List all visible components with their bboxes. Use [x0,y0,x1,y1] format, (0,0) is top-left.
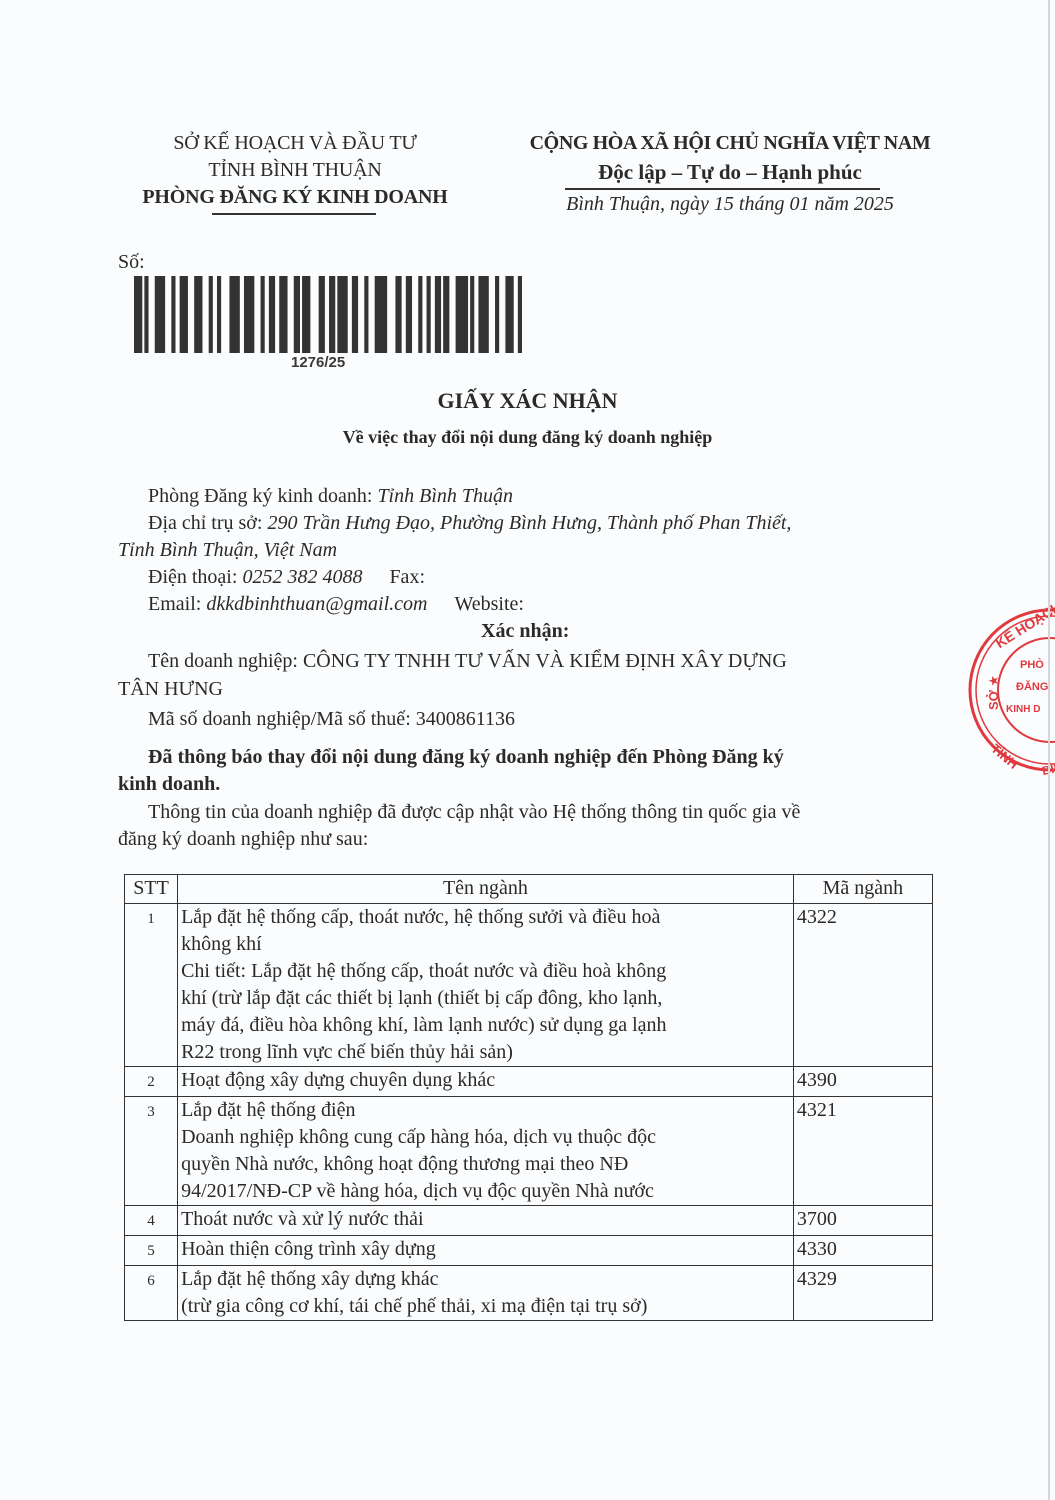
official-seal-icon: KẾ HOẠCH SỞ ★ TỈNH BÌN PHÒ ĐĂNG KINH D [958,602,1055,777]
enterprise-tax-label: Mã số doanh nghiệp/Mã số thuế: [148,708,411,730]
office-email-line: Email: dkkdbinhthuan@gmail.com Website: [148,591,524,618]
barcode-icon [134,276,522,353]
row-stt: 4 [125,1206,178,1236]
business-name-line: Lắp đặt hệ thống cấp, thoát nước, hệ thố… [181,904,790,931]
office-name-value: Tỉnh Bình Thuận [377,485,513,507]
office-name-line: Phòng Đăng ký kinh doanh: Tỉnh Bình Thuậ… [148,483,513,510]
office-phone-label: Điện thoại: [148,566,237,588]
business-name-line: Hoàn thiện công trình xây dựng [181,1236,790,1263]
row-stt: 6 [125,1266,178,1321]
office-email-value: dkkdbinhthuan@gmail.com [206,593,427,615]
issuing-authority-block: SỞ KẾ HOẠCH VÀ ĐẦU TƯ TỈNH BÌNH THUẬN PH… [110,130,480,211]
row-business-code: 4390 [793,1067,932,1097]
document-number-label: Số: [118,251,145,274]
office-address-line: Địa chỉ trụ sở: 290 Trần Hưng Đạo, Phườn… [148,510,791,537]
row-stt: 3 [125,1097,178,1206]
authority-line-3: PHÒNG ĐĂNG KÝ KINH DOANH [110,184,480,211]
table-header-row: STT Tên ngành Mã ngành [125,875,933,904]
row-stt: 5 [125,1236,178,1266]
confirm-heading: Xác nhận: [481,618,569,645]
office-name-label: Phòng Đăng ký kinh doanh: [148,485,372,507]
table-row: 4Thoát nước và xử lý nước thải3700 [125,1206,933,1236]
issue-date: Bình Thuận, ngày 15 tháng 01 năm 2025 [505,190,955,218]
barcode-number: 1276/25 [291,354,345,371]
row-business-name: Lắp đặt hệ thống điệnDoanh nghiệp không … [178,1097,794,1206]
office-phone-value: 0252 382 4088 [242,566,362,588]
business-name-line: Lắp đặt hệ thống xây dựng khác [181,1266,790,1293]
business-name-line: Thoát nước và xử lý nước thải [181,1206,790,1233]
authority-line-1: SỞ KẾ HOẠCH VÀ ĐẦU TƯ [110,130,480,157]
row-business-code: 4321 [793,1097,932,1206]
page-edge-line [1048,0,1050,1500]
svg-text:TỈNH: TỈNH [988,741,1021,772]
business-name-line: Doanh nghiệp không cung cấp hàng hóa, dị… [181,1124,790,1151]
business-name-line: quyền Nhà nước, không hoạt động thương m… [181,1151,790,1178]
table-row: 1Lắp đặt hệ thống cấp, thoát nước, hệ th… [125,904,933,1067]
svg-text:PHÒ: PHÒ [1020,658,1044,671]
business-name-line: Chi tiết: Lắp đặt hệ thống cấp, thoát nư… [181,958,790,985]
table-row: 5Hoàn thiện công trình xây dựng4330 [125,1236,933,1266]
row-business-name: Hoàn thiện công trình xây dựng [178,1236,794,1266]
table-row: 3Lắp đặt hệ thống điệnDoanh nghiệp không… [125,1097,933,1206]
row-stt: 2 [125,1067,178,1097]
business-name-line: 94/2017/NĐ-CP về hàng hóa, dịch vụ độc q… [181,1178,790,1205]
country-name: CỘNG HÒA XÃ HỘI CHỦ NGHĨA VIỆT NAM [505,130,955,157]
business-name-line: máy đá, điều hòa không khí, làm lạnh nướ… [181,1012,790,1039]
office-phone-line: Điện thoại: 0252 382 4088 Fax: [148,564,425,591]
office-fax-label: Fax: [389,566,425,588]
header-stt: STT [125,875,178,904]
row-stt: 1 [125,904,178,1067]
office-email-label: Email: [148,593,201,615]
authority-line-2: TỈNH BÌNH THUẬN [110,157,480,184]
row-business-code: 3700 [793,1206,932,1236]
row-business-code: 4329 [793,1266,932,1321]
office-address-label: Địa chỉ trụ sở: [148,512,262,534]
notice-line-1: Thông tin của doanh nghiệp đã được cập n… [148,799,800,826]
header-code: Mã ngành [793,875,932,904]
table-row: 2Hoạt động xây dựng chuyên dụng khác4390 [125,1067,933,1097]
row-business-name: Thoát nước và xử lý nước thải [178,1206,794,1236]
svg-text:KINH D: KINH D [1006,704,1040,715]
business-name-line: Lắp đặt hệ thống điện [181,1097,790,1124]
svg-text:SỞ ★: SỞ ★ [986,675,1001,710]
business-lines-table: STT Tên ngành Mã ngành 1Lắp đặt hệ thống… [124,874,933,1321]
row-business-name: Lắp đặt hệ thống cấp, thoát nước, hệ thố… [178,904,794,1067]
enterprise-name-line: Tên doanh nghiệp: CÔNG TY TNHH TƯ VẤN VÀ… [148,648,787,675]
office-website-label: Website: [454,593,523,615]
notice-bold-line-1: Đã thông báo thay đổi nội dung đăng ký d… [148,744,784,771]
row-business-code: 4330 [793,1236,932,1266]
office-address-cont: Tỉnh Bình Thuận, Việt Nam [118,537,337,564]
enterprise-tax-value: 3400861136 [416,708,515,730]
enterprise-tax-line: Mã số doanh nghiệp/Mã số thuế: 340086113… [148,706,515,733]
authority-underline [212,213,376,215]
business-name-line: không khí [181,931,790,958]
header-name: Tên ngành [178,875,794,904]
enterprise-name-label: Tên doanh nghiệp: [148,650,298,672]
svg-text:ĐĂNG: ĐĂNG [1016,680,1048,693]
row-business-name: Lắp đặt hệ thống xây dựng khác(trừ gia c… [178,1266,794,1321]
enterprise-name-cont: TÂN HƯNG [118,676,223,703]
business-name-line: R22 trong lĩnh vực chế biến thủy hải sản… [181,1039,790,1066]
business-name-line: (trừ gia công cơ khí, tái chế phế thải, … [181,1293,790,1320]
enterprise-name-value: CÔNG TY TNHH TƯ VẤN VÀ KIỂM ĐỊNH XÂY DỰN… [303,650,787,672]
business-name-line: Hoạt động xây dựng chuyên dụng khác [181,1067,790,1094]
motto-underline [565,188,880,190]
notice-bold-line-2: kinh doanh. [118,771,220,798]
motto: Độc lập – Tự do – Hạnh phúc [505,157,955,187]
document-subtitle: Về việc thay đổi nội dung đăng ký doanh … [0,427,1055,448]
row-business-name: Hoạt động xây dựng chuyên dụng khác [178,1067,794,1097]
national-motto-block: CỘNG HÒA XÃ HỘI CHỦ NGHĨA VIỆT NAM Độc l… [505,130,955,218]
document-title: GIẤY XÁC NHẬN [0,388,1055,414]
row-business-code: 4322 [793,904,932,1067]
office-address-value: 290 Trần Hưng Đạo, Phường Bình Hưng, Thà… [267,512,791,534]
business-name-line: khí (trừ lắp đặt các thiết bị lạnh (thiế… [181,985,790,1012]
notice-line-2: đăng ký doanh nghiệp như sau: [118,826,368,853]
table-row: 6Lắp đặt hệ thống xây dựng khác(trừ gia … [125,1266,933,1321]
